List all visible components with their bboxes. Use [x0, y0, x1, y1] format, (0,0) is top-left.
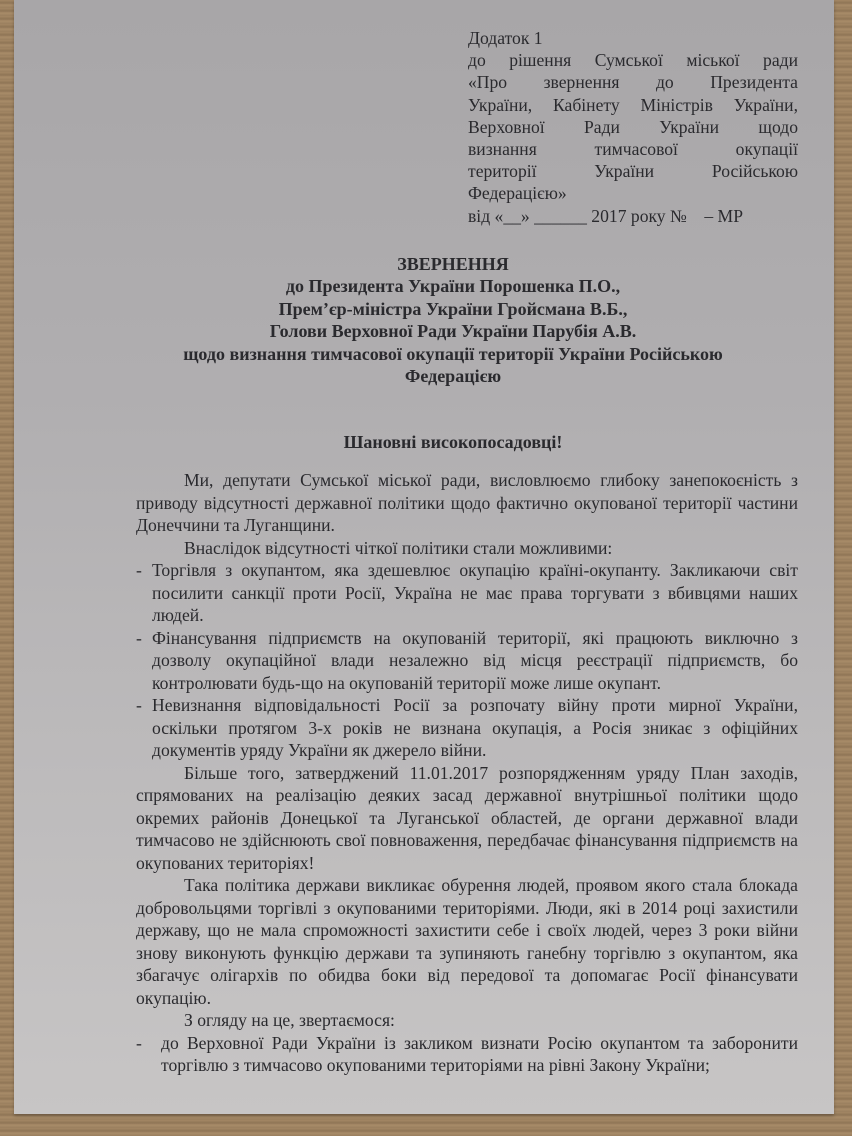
consequence-text: Торгівля з окупантом, яка здешевлює окуп… — [152, 560, 798, 625]
appendix-line: України, Кабінету Міністрів України, — [468, 94, 798, 116]
consequence-text: Фінансування підприємств на окупованій т… — [152, 628, 798, 693]
appendix-line: до рішення Сумської міської ради — [468, 49, 798, 71]
document-body: Ми, депутати Сумської міської ради, висл… — [136, 469, 798, 1077]
consequence-item: - Фінансування підприємств на окупованій… — [136, 627, 798, 695]
consequence-item: - Торгівля з окупантом, яка здешевлює ок… — [136, 559, 798, 627]
appendix-line: визнання тимчасової окупації — [468, 138, 798, 160]
appendix-date-line: від «__» ______ 2017 року № – МР — [468, 205, 798, 227]
title-line: щодо визнання тимчасової окупації терито… — [108, 343, 798, 365]
appendix-line: території України Російською — [468, 160, 798, 182]
title-line: Прем’єр-міністра України Гройсмана В.Б., — [108, 298, 798, 320]
document-page: Додаток 1 до рішення Сумської міської ра… — [14, 0, 834, 1114]
title-heading: ЗВЕРНЕННЯ — [108, 253, 798, 275]
document-title: ЗВЕРНЕННЯ до Президента України Порошенк… — [108, 253, 798, 387]
appendix-line: Верховної Ради України щодо — [468, 116, 798, 138]
appendix-header: Додаток 1 до рішення Сумської міської ра… — [468, 27, 798, 227]
dash-bullet: - — [136, 1032, 142, 1055]
appendix-label: Додаток 1 — [468, 27, 798, 49]
appendix-line: «Про звернення до Президента — [468, 71, 798, 93]
title-line: до Президента України Порошенка П.О., — [108, 275, 798, 297]
dash-bullet: - — [136, 559, 142, 582]
consequence-text: Невизнання відповідальності Росії за роз… — [152, 695, 798, 760]
requests-lead: З огляду на це, звертаємося: — [136, 1009, 798, 1032]
intro-paragraph: Ми, депутати Сумської міської ради, висл… — [136, 469, 798, 537]
consequence-item: - Невизнання відповідальності Росії за р… — [136, 694, 798, 762]
request-text: до Верховної Ради України із закликом ви… — [161, 1033, 798, 1076]
salutation: Шановні високопосадовці! — [108, 432, 798, 453]
request-item: - до Верховної Ради України із закликом … — [136, 1032, 798, 1077]
dash-bullet: - — [136, 694, 142, 717]
title-line: Федерацією — [108, 365, 798, 387]
title-line: Голови Верховної Ради України Парубія А.… — [108, 320, 798, 342]
dash-bullet: - — [136, 627, 142, 650]
plan-paragraph: Більше того, затверджений 11.01.2017 роз… — [136, 762, 798, 875]
outrage-paragraph: Така політика держави викликає обурення … — [136, 874, 798, 1009]
consequences-lead: Внаслідок відсутності чіткої політики ст… — [136, 537, 798, 560]
appendix-line: Федерацією» — [468, 182, 798, 204]
